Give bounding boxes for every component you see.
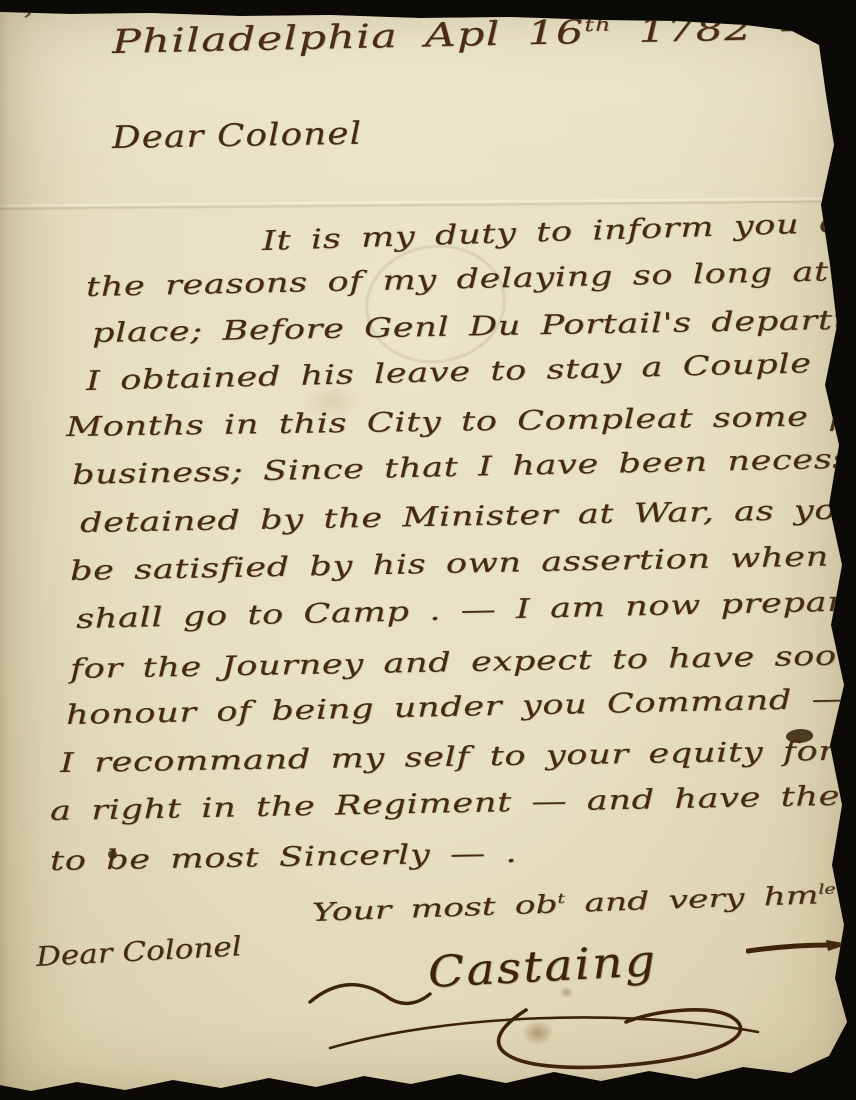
body-line: I obtained his leave to stay a Couple of: [86, 347, 856, 397]
body-line: honour of being under you Command ——: [66, 683, 856, 731]
body-line: to be most Sincerly — .: [50, 838, 518, 877]
body-line: Months in this City to Compleat some pri…: [66, 400, 856, 443]
dateline-superscript: th: [584, 15, 612, 37]
body-line: place; Before Genl Du Portail's departur…: [92, 304, 856, 349]
closing-text: Your most ob: [311, 889, 558, 927]
second-salutation: Dear Colonel: [35, 931, 242, 973]
body-line: be satisfied by his own assertion when I: [70, 541, 856, 587]
watermark-ring: [357, 236, 513, 372]
closing-text: and very hm: [565, 880, 819, 918]
body-line: shall go to Camp . — I am now preparing: [76, 585, 856, 635]
body-line: It is my duty to inform you of: [262, 207, 855, 257]
letter-paper: ’ Philadelphia Apl 16th 1782 —— Dear Col…: [0, 0, 856, 1100]
body-line: I recommand my self to your equity for m…: [60, 735, 856, 779]
closing-superscript: le: [818, 881, 836, 898]
pen-dash: [746, 936, 852, 960]
body-line: detained by the Minister at War, as you …: [80, 493, 856, 539]
closing-line: Your most obt and very hmle. Servt: [311, 876, 856, 927]
body-line: business; Since that I have been necessa…: [72, 442, 856, 491]
dateline-year: 1782 ——: [611, 6, 856, 50]
closing-text: . Serv: [835, 876, 856, 909]
salutation: Dear Colonel: [112, 116, 363, 156]
body-line: a right in the Regiment — and have the h…: [50, 778, 856, 827]
body-line: for the Journey and expect to have soon …: [70, 639, 856, 685]
